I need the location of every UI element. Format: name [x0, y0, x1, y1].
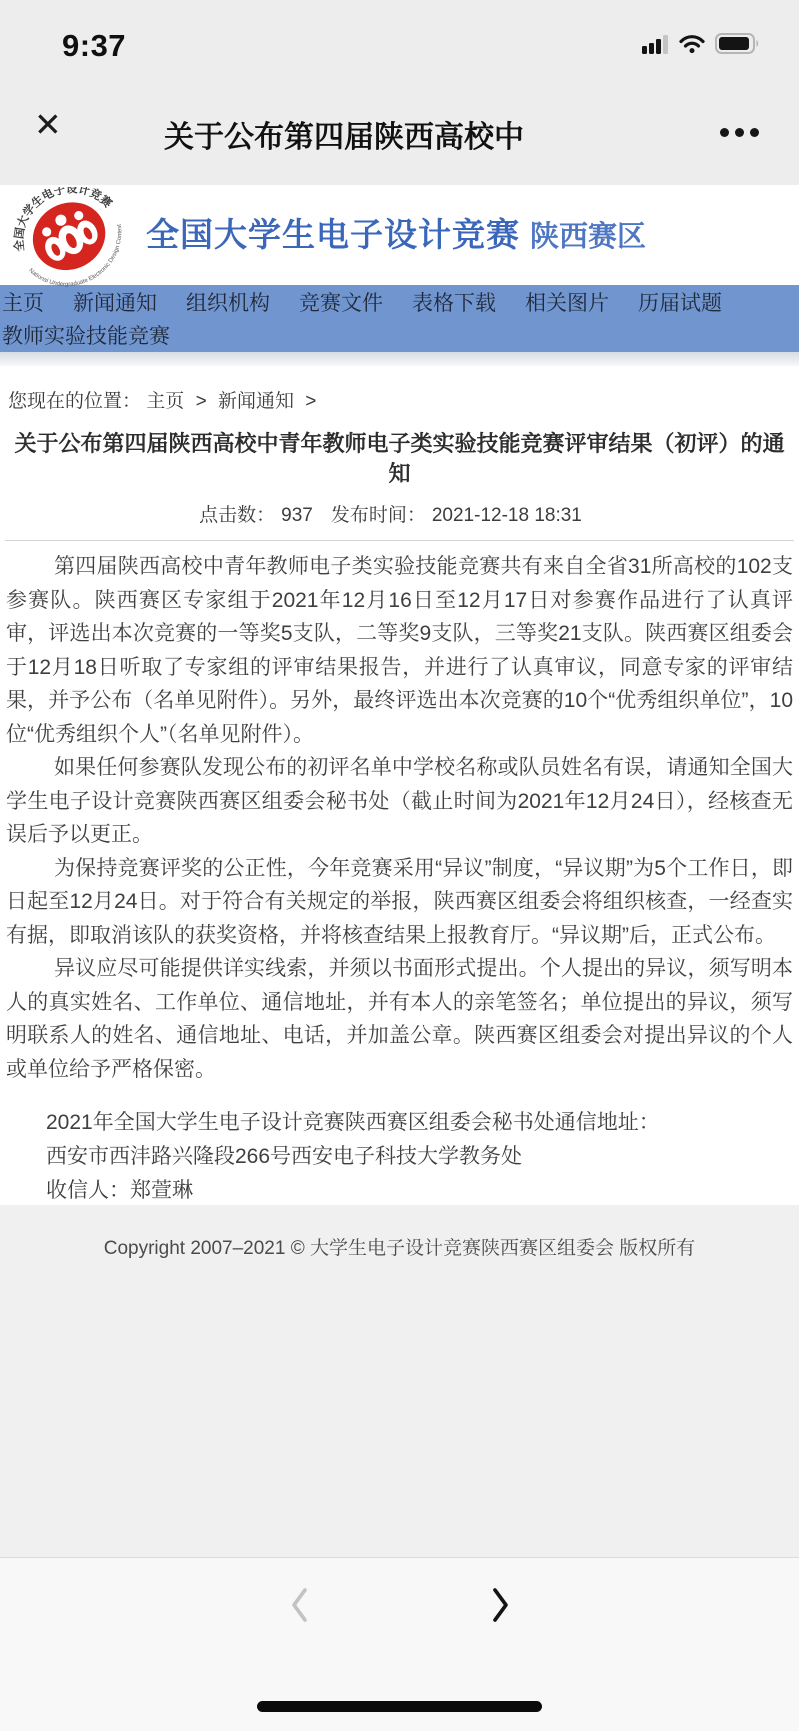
nav-item-contest-files[interactable]: 竞赛文件: [299, 287, 383, 317]
date-value: 2021-12-18 18:31: [432, 505, 582, 526]
paragraph-results: 第四届陕西高校中青年教师电子类实验技能竞赛共有来自全省31所高校的102支参赛队…: [6, 550, 793, 751]
date-label: 发布时间：: [331, 505, 426, 526]
breadcrumb-separator-2: >: [305, 391, 316, 412]
article-meta: 点击数：937发布时间：2021-12-18 18:31: [0, 500, 799, 527]
breadcrumb-news-link[interactable]: 新闻通知: [218, 391, 294, 412]
nav-row-2: 教师实验技能竞赛: [0, 318, 799, 351]
paragraph-objection-rules: 异议应尽可能提供详实线索，并须以书面形式提出。个人提出的异议，须写明本人的真实姓…: [6, 952, 793, 1086]
contact-recipient: 收信人：郑萱琳: [46, 1174, 793, 1208]
site-header: 全国大学生电子设计竞赛 National Undergraduate Elect…: [0, 185, 799, 285]
site-subtitle: 陕西赛区: [530, 221, 646, 253]
article-area: 您现在的位置： 主页 > 新闻通知 > 关于公布第四届陕西高校中青年教师电子类实…: [0, 366, 799, 1205]
copyright-text: Copyright 2007–2021 © 大学生电子设计竞赛陕西赛区组委会 版…: [0, 1205, 799, 1260]
back-arrow-icon[interactable]: [287, 1585, 313, 1625]
more-menu-icon[interactable]: [720, 128, 759, 137]
nav-item-teacher-skill-contest[interactable]: 教师实验技能竞赛: [2, 320, 170, 350]
webview-title-text: 关于公布第四届陕西高校中: [164, 121, 524, 154]
site-title: 全国大学生电子设计竞赛: [146, 216, 520, 253]
paragraph-corrections: 如果任何参赛队发现公布的初评名单中学校名称或队员姓名有误，请通知全国大学生电子设…: [6, 751, 793, 852]
clock: 9:37: [62, 28, 126, 64]
contact-address-label: 2021年全国大学生电子设计竞赛陕西赛区组委会秘书处通信地址：: [46, 1106, 793, 1140]
hits-label: 点击数：: [199, 505, 275, 526]
status-and-header-bar: 9:37 ✕ 关于公布第四届陕西高校中: [0, 0, 799, 185]
hits-value: 937: [281, 505, 313, 526]
battery-icon: [715, 33, 761, 54]
breadcrumb-home-link[interactable]: 主页: [146, 391, 184, 412]
nav-shadow-strip: [0, 352, 799, 366]
nav-item-photos[interactable]: 相关图片: [525, 287, 609, 317]
page-footer: Copyright 2007–2021 © 大学生电子设计竞赛陕西赛区组委会 版…: [0, 1205, 799, 1557]
breadcrumb-label: 您现在的位置：: [8, 391, 141, 412]
nav-item-past-papers[interactable]: 历届试题: [638, 287, 722, 317]
breadcrumb-separator: >: [196, 391, 207, 412]
main-nav: 主页 新闻通知 组织机构 竞赛文件 表格下载 相关图片 历届试题 教师实验技能竞…: [0, 285, 799, 352]
contact-address: 西安市西沣路兴隆段266号西安电子科技大学教务处: [46, 1140, 793, 1174]
webview-title: 关于公布第四届陕西高校中: [164, 112, 636, 154]
contest-logo: 全国大学生电子设计竞赛 National Undergraduate Elect…: [4, 187, 136, 294]
nav-item-form-downloads[interactable]: 表格下载: [412, 287, 496, 317]
paragraph-objection-period: 为保持竞赛评奖的公正性，今年竞赛采用“异议”制度，“异议期”为5个工作日，即日起…: [6, 852, 793, 953]
home-indicator[interactable]: [257, 1701, 542, 1712]
article-title: 关于公布第四届陕西高校中青年教师电子类实验技能竞赛评审结果（初评）的通知: [10, 429, 789, 489]
status-icons: [642, 33, 761, 54]
cellular-signal-icon: [642, 34, 669, 54]
forward-arrow-icon[interactable]: [487, 1585, 513, 1625]
site-title-row: 全国大学生电子设计竞赛陕西赛区: [146, 209, 646, 256]
browser-toolbar: [0, 1557, 799, 1731]
nav-item-organization[interactable]: 组织机构: [186, 287, 270, 317]
close-icon[interactable]: ✕: [34, 108, 62, 141]
phone-screen: 9:37 ✕ 关于公布第四届陕西高校中: [0, 0, 799, 1731]
breadcrumb: 您现在的位置： 主页 > 新闻通知 >: [8, 386, 799, 413]
wifi-icon: [679, 34, 705, 54]
